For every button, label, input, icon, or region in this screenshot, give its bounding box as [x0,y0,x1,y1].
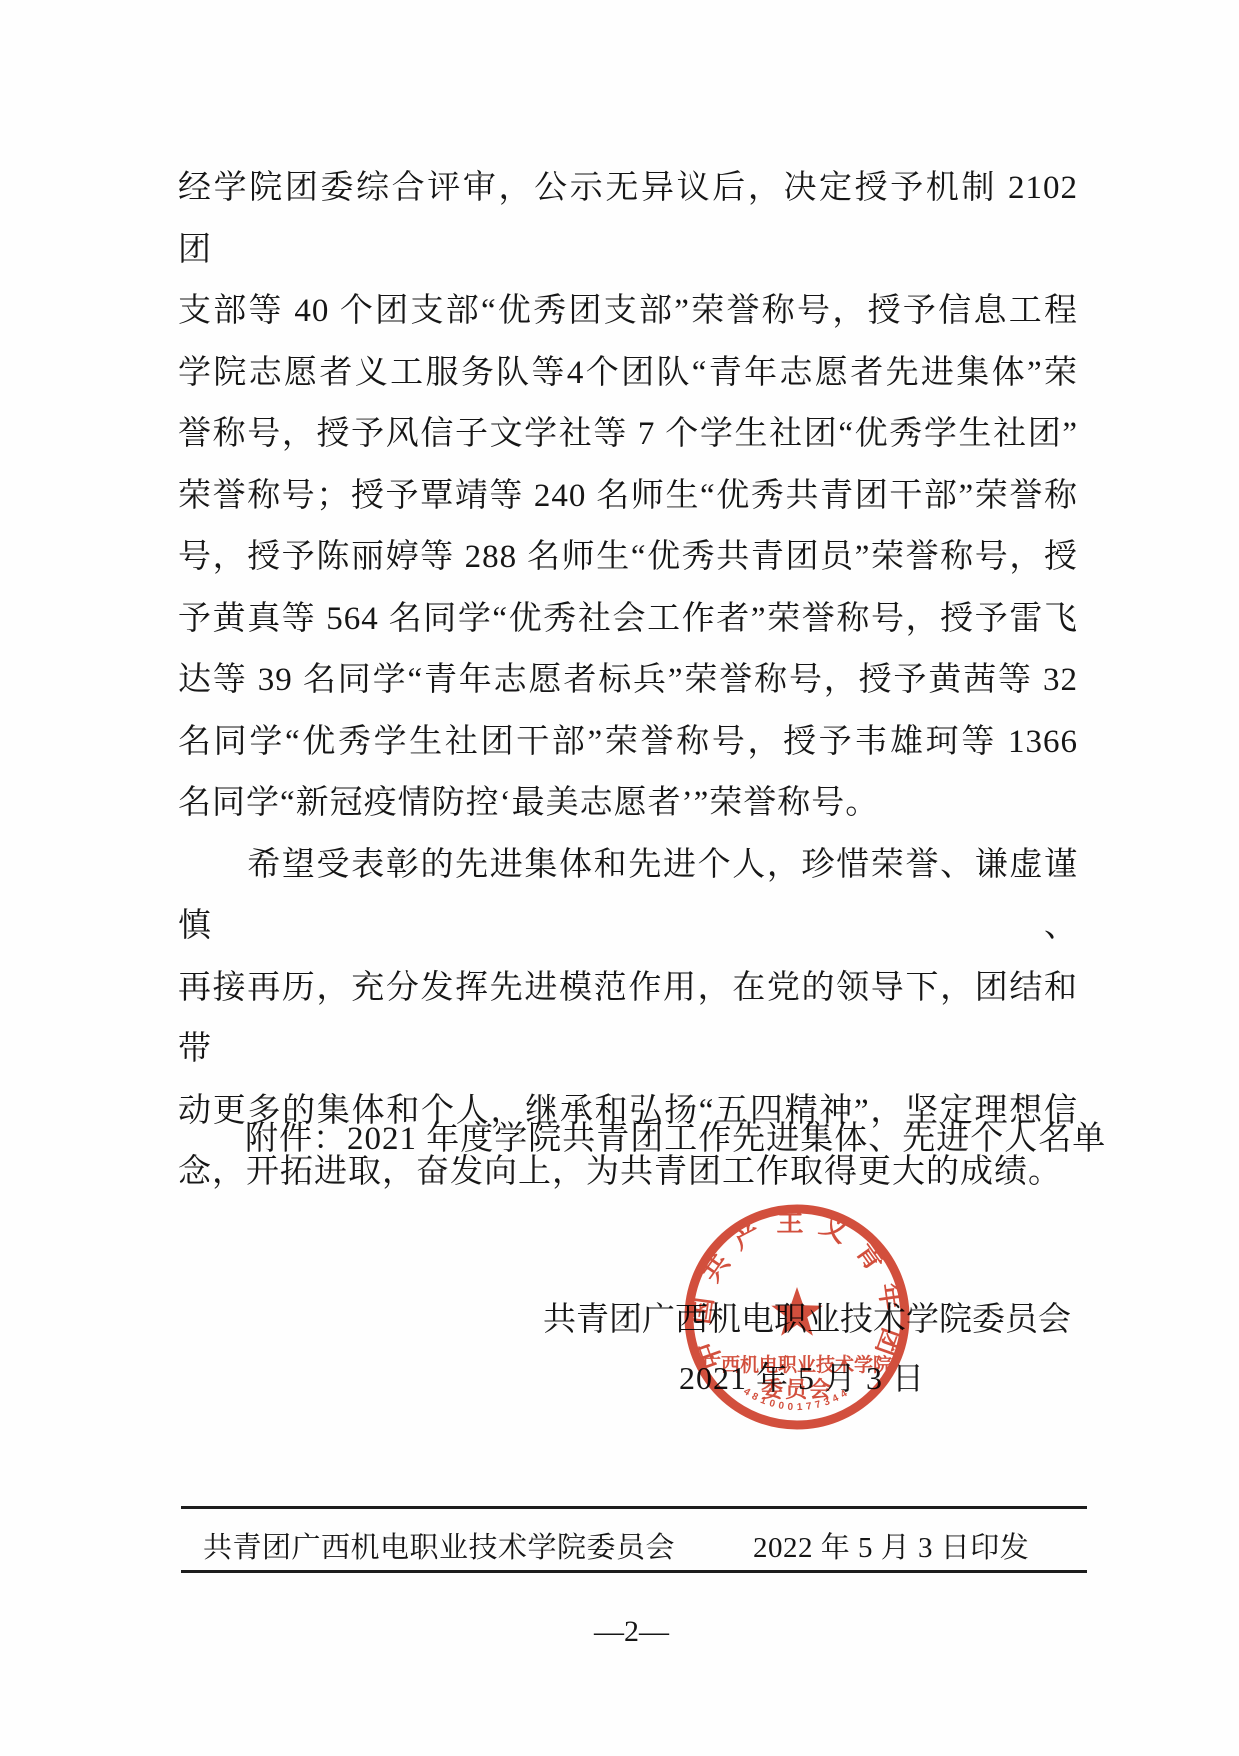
seal-committee-text: 委员会 [761,1377,833,1402]
body-line: 达等 39 名同学“青年志愿者标兵”荣誉称号，授予黄茜等 32 [178,650,1078,712]
body-line: 学院志愿者义工服务队等4个团队“青年志愿者先进集体”荣 [178,343,1078,405]
page-number: —2— [12,1615,1239,1649]
footer-top-rule [181,1506,1087,1509]
body-line: 支部等 40 个团支部“优秀团支部”荣誉称号，授予信息工程 [178,281,1078,343]
footer-issuer: 共青团广西机电职业技术学院委员会 [203,1525,675,1566]
body-line: 号，授予陈丽婷等 288 名师生“优秀共青团员”荣誉称号，授 [178,527,1078,589]
body-line: 誉称号，授予风信子文学社等 7 个学生社团“优秀学生社团” [178,404,1078,466]
body-line: 名同学“新冠疫情防控‘最美志愿者’”荣誉称号。 [178,773,1078,835]
official-seal: 中国共产主义青年团 广西机电职业技术学院 委员会 481000177344 [680,1200,914,1434]
body-paragraphs: 经学院团委综合评审，公示无异议后，决定授予机制 2102 团 支部等 40 个团… [178,158,1078,1204]
body-line: 经学院团委综合评审，公示无异议后，决定授予机制 2102 团 [178,158,1078,281]
seal-star-icon [771,1287,822,1336]
body-line: 再接再历，充分发挥先进模范作用，在党的领导下，团结和带 [178,958,1078,1081]
footer-bottom-rule [181,1570,1087,1573]
footer-print-date: 2022 年 5 月 3 日印发 [753,1525,1029,1566]
body-line: 希望受表彰的先进集体和先进个人，珍惜荣誉、谦虚谨慎、 [178,835,1078,958]
seal-org-text: 广西机电职业技术学院 [702,1353,892,1376]
body-line: 予黄真等 564 名同学“优秀社会工作者”荣誉称号，授予雷飞 [178,589,1078,651]
document-page: 经学院团委综合评审，公示无异议后，决定授予机制 2102 团 支部等 40 个团… [0,0,1239,1756]
body-line: 名同学“优秀学生社团干部”荣誉称号，授予韦雄珂等 1366 [178,712,1078,774]
body-line: 荣誉称号；授予覃靖等 240 名师生“优秀共青团干部”荣誉称 [178,466,1078,528]
attachment-line: 附件：2021 年度学院共青团工作先进集体、先进个人名单 [245,1112,1106,1159]
